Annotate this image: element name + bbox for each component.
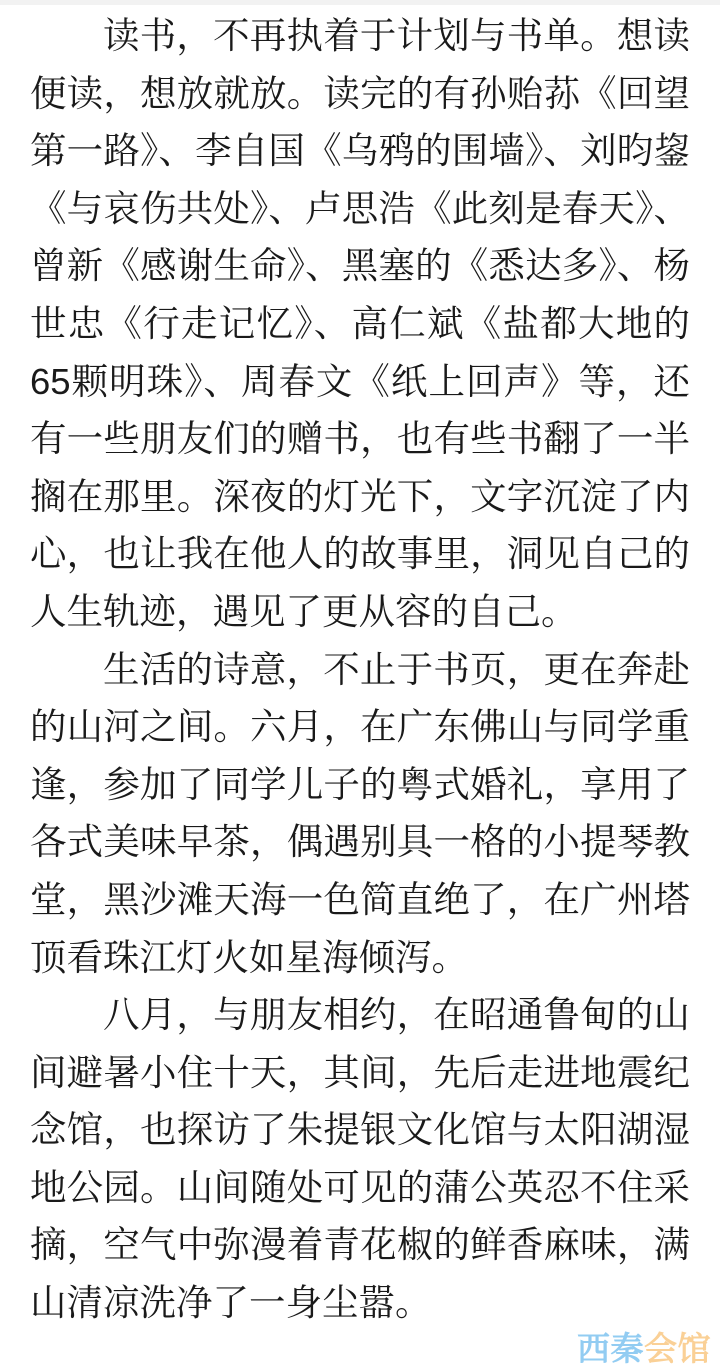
paragraph-june-travel: 生活的诗意，不止于书页，更在奔赴的山河之间。六月，在广东佛山与同学重逢，参加了同… (30, 641, 690, 987)
article-body: 读书，不再执着于计划与书单。想读便读，想放就放。读完的有孙贻荪《回望第一路》、李… (0, 5, 720, 1332)
paragraph-august-travel: 八月，与朋友相约，在昭通鲁甸的山间避暑小住十天，其间，先后走进地震纪念馆，也探访… (30, 986, 690, 1332)
watermark: 西秦会馆 (577, 1331, 711, 1367)
paragraph-reading: 读书，不再执着于计划与书单。想读便读，想放就放。读完的有孙贻荪《回望第一路》、李… (30, 7, 690, 641)
watermark-text-huiguan: 会馆 (644, 1330, 711, 1367)
watermark-text-xiqin: 西秦 (577, 1330, 644, 1367)
